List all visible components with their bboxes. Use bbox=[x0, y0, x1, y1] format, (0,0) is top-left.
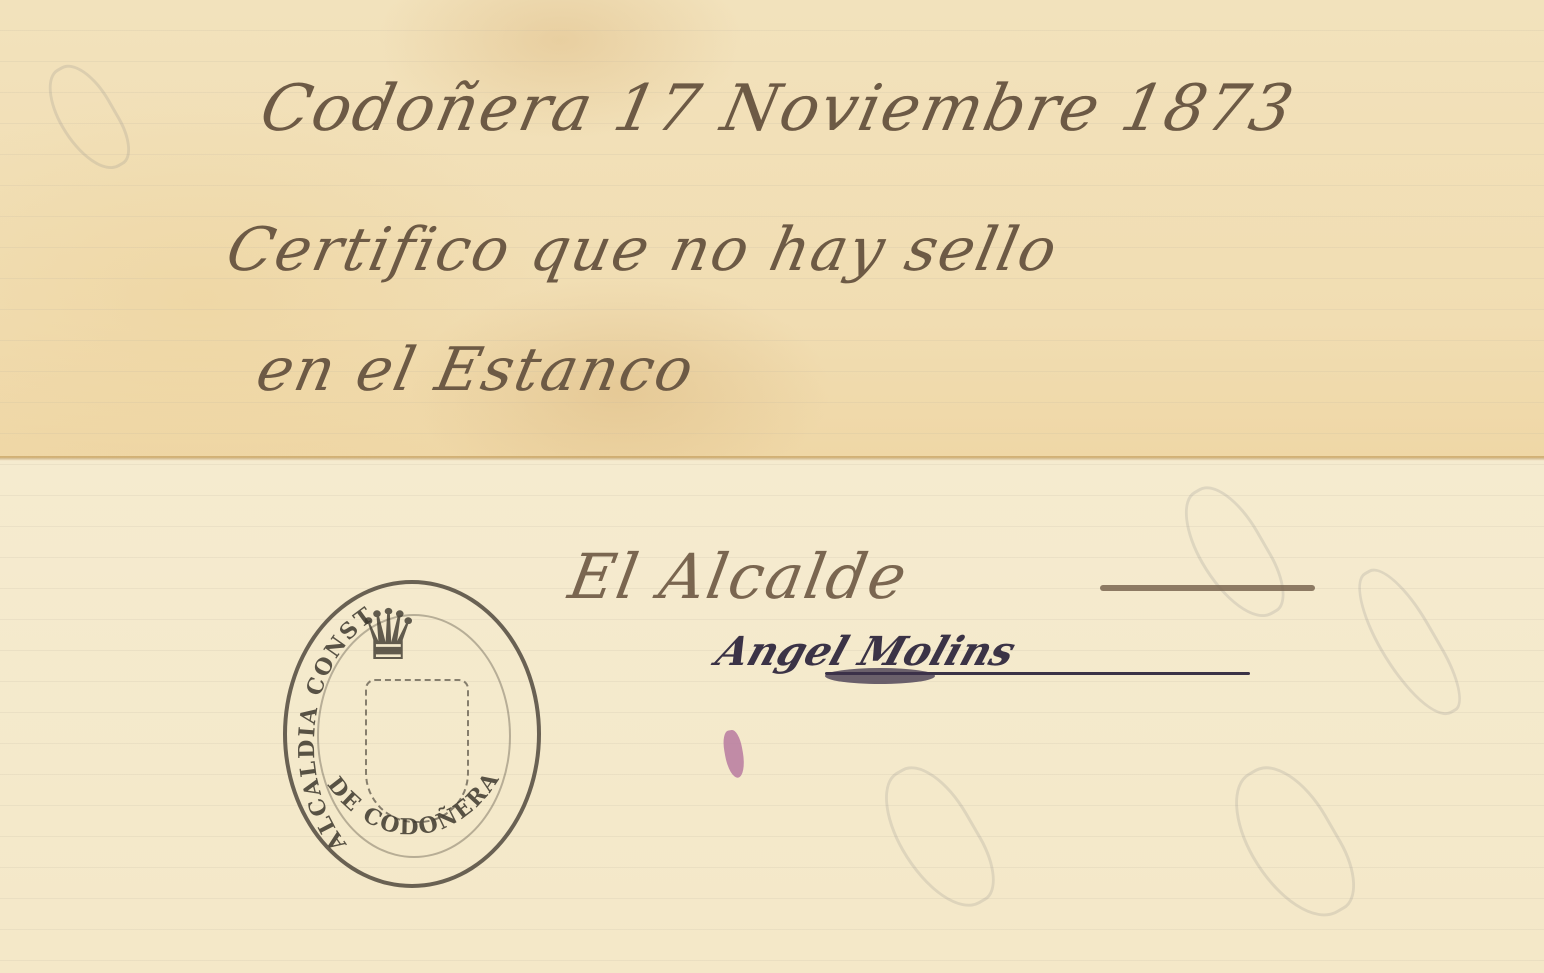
continuation-line: en el Estanco bbox=[251, 335, 702, 405]
place-date-line: Codoñera 17 Noviembre 1873 bbox=[254, 72, 1301, 146]
certification-line: Certifico que no hay sello bbox=[221, 215, 1065, 285]
official-seal-stamp: ALCALDIA CONST DE CODOÑERA ♛ bbox=[283, 580, 541, 888]
title-underline-flourish bbox=[1100, 585, 1315, 591]
mayor-title: El Alcalde bbox=[564, 540, 914, 613]
coat-of-arms-shield-icon bbox=[365, 679, 469, 823]
crown-icon: ♛ bbox=[357, 594, 420, 676]
signature-ink-blot bbox=[825, 668, 935, 684]
